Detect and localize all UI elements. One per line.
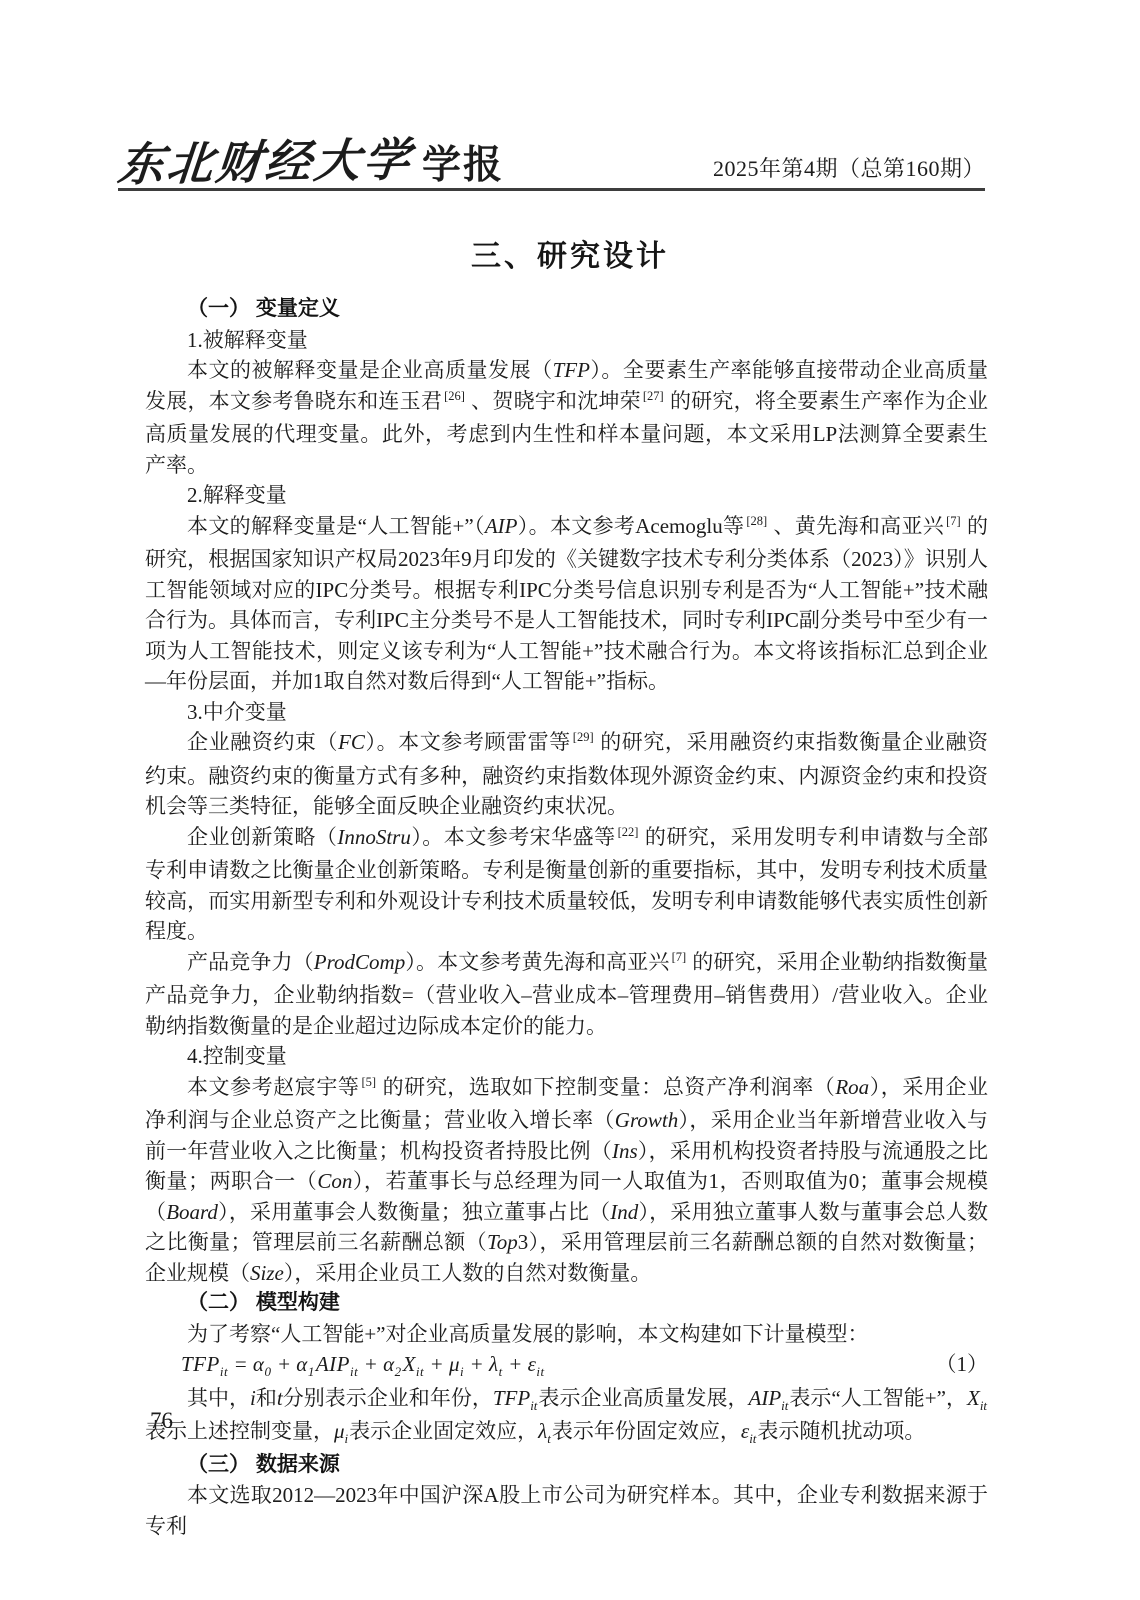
variable-name: Growth [615, 1108, 678, 1132]
section-title: 三、研究设计 [0, 231, 1140, 275]
subscript: it [536, 1364, 544, 1379]
paragraph: 本文的被解释变量是企业高质量发展（TFP）。全要素生产率能够直接带动企业高质量发… [145, 355, 988, 480]
variable-name: λ [538, 1419, 547, 1443]
paragraph: 本文选取2012—2023年中国沪深A股上市公司为研究样本。其中，企业专利数据来… [145, 1480, 988, 1541]
paragraph: 企业创新策略（InnoStru）。本文参考宋华盛等[22]的研究，采用发明专利申… [145, 822, 988, 947]
page-header: 东北财经大学 学报 2025年第4期（总第160期） [118, 130, 985, 186]
subscript: it [350, 1364, 358, 1379]
journal-logo: 东北财经大学 学报 [118, 140, 504, 186]
variable-name: TFP [181, 1352, 220, 1376]
text-run: 1.被解释变量 [187, 328, 308, 352]
sub-heading: 3.中介变量 [145, 697, 988, 728]
sub-heading: 2.解释变量 [145, 480, 988, 511]
subscript: it [220, 1364, 228, 1379]
text-run: 的研究，选取如下控制变量：总资产净利润率（ [382, 1075, 835, 1099]
text-run: 分别表示企业和年份， [283, 1386, 493, 1410]
text-run: 其中， [187, 1386, 250, 1410]
text-run: 表示随机扰动项。 [757, 1419, 925, 1443]
variable-name: Top [487, 1230, 518, 1254]
variable-name: TFP [553, 358, 590, 382]
variable-name: Roa [835, 1075, 869, 1099]
variable-name: α [296, 1352, 308, 1376]
issue-info: 2025年第4期（总第160期） [713, 152, 985, 186]
text-run: 的研究，根据国家知识产权局2023年9月印发的《关键数字技术专利分类体系（202… [145, 514, 988, 694]
subscript: 1 [308, 1364, 315, 1379]
text-run: 企业创新策略（ [187, 825, 337, 849]
subscript: t [547, 1431, 551, 1446]
text-run: + [359, 1352, 383, 1376]
article-body: （一） 变量定义1.被解释变量本文的被解释变量是企业高质量发展（TFP）。全要素… [145, 294, 988, 1541]
variable-name: μ [334, 1419, 345, 1443]
text-run: 表示上述控制变量， [145, 1419, 334, 1443]
citation-ref: [26] [444, 389, 465, 403]
journal-logo-calligraphy: 东北财经大学 [116, 137, 415, 188]
text-run: 表示“人工智能+”， [789, 1386, 967, 1410]
header-divider [118, 188, 985, 191]
subscript: i [345, 1431, 349, 1446]
text-run: 产品竞争力（ [187, 950, 314, 974]
text-run: = [229, 1352, 253, 1376]
subscript: it [749, 1431, 756, 1446]
subscript: i [460, 1364, 464, 1379]
variable-name: TFP [493, 1386, 530, 1410]
subscript: 2 [395, 1364, 402, 1379]
citation-ref: [27] [643, 389, 664, 403]
text-run: 为了考察“人工智能+”对企业高质量发展的影响，本文构建如下计量模型： [187, 1322, 868, 1346]
page-number: 76 [150, 1408, 173, 1434]
citation-ref: [22] [618, 825, 639, 839]
variable-name: α [253, 1352, 265, 1376]
variable-name: Board [166, 1200, 218, 1224]
text-run: ）。本文参考黄先海和高亚兴 [405, 950, 669, 974]
text-run: 本文的被解释变量是企业高质量发展（ [187, 358, 553, 382]
text-run: （二） 模型构建 [187, 1291, 340, 1314]
text-run: 表示企业固定效应， [349, 1419, 538, 1443]
section-heading: （三） 数据来源 [145, 1450, 988, 1481]
paragraph: 本文的解释变量是“人工智能+”（AIP）。本文参考Acemoglu等[28]、黄… [145, 511, 988, 697]
variable-name: AIP [749, 1386, 782, 1410]
text-run: （三） 数据来源 [187, 1453, 340, 1476]
citation-ref: [28] [746, 514, 767, 528]
subscript: it [416, 1364, 424, 1379]
subscript: t [499, 1364, 503, 1379]
subscript: it [530, 1398, 537, 1413]
subscript: it [781, 1398, 788, 1413]
text-run: 、黄先海和高亚兴 [773, 514, 944, 538]
paragraph: 为了考察“人工智能+”对企业高质量发展的影响，本文构建如下计量模型： [145, 1319, 988, 1350]
variable-name: λ [489, 1352, 499, 1376]
text-run: + [272, 1352, 296, 1376]
text-run: 和 [256, 1386, 277, 1410]
journal-page: 东北财经大学 学报 2025年第4期（总第160期） 三、研究设计 （一） 变量… [0, 0, 1140, 1600]
text-run: （一） 变量定义 [187, 297, 340, 320]
variable-name: Size [250, 1261, 284, 1285]
text-run: 3.中介变量 [187, 700, 287, 724]
citation-ref: [5] [361, 1075, 376, 1089]
text-run: ），采用董事会人数衡量；独立董事占比（ [218, 1200, 610, 1224]
text-run: 4.控制变量 [187, 1044, 287, 1068]
text-run: 、贺晓宇和沈坤荣 [471, 389, 641, 413]
sub-heading: 1.被解释变量 [145, 325, 988, 356]
paragraph: 企业融资约束（FC）。本文参考顾雷雷等[29]的研究，采用融资约束指数衡量企业融… [145, 727, 988, 822]
variable-name: μ [449, 1352, 460, 1376]
variable-name: ProdComp [314, 950, 405, 974]
text-run: 本文选取2012—2023年中国沪深A股上市公司为研究样本。其中，企业专利数据来… [145, 1483, 988, 1538]
text-run: ）。本文参考Acemoglu等 [517, 514, 744, 538]
formula-body: TFPit = α0 + α1AIPit + α2Xit + μi + λt +… [181, 1349, 546, 1383]
variable-name: X [967, 1386, 980, 1410]
variable-name: X [403, 1352, 416, 1376]
variable-name: FC [338, 730, 365, 754]
text-run: 本文参考赵宸宇等 [187, 1075, 359, 1099]
paragraph: 产品竞争力（ProdComp）。本文参考黄先海和高亚兴[7]的研究，采用企业勒纳… [145, 947, 988, 1042]
variable-name: α [383, 1352, 395, 1376]
citation-ref: [29] [573, 730, 594, 744]
equation-number: （1） [936, 1349, 989, 1380]
variable-name: Ins [612, 1139, 638, 1163]
text-run: ）。本文参考宋华盛等 [411, 825, 616, 849]
paragraph: 本文参考赵宸宇等[5]的研究，选取如下控制变量：总资产净利润率（Roa），采用企… [145, 1072, 988, 1289]
variable-name: InnoStru [337, 825, 411, 849]
journal-logo-suffix: 学报 [422, 146, 504, 185]
section-heading: （一） 变量定义 [145, 294, 988, 325]
text-run: ）。本文参考顾雷雷等 [365, 730, 571, 754]
variable-name: AIP [316, 1352, 350, 1376]
citation-ref: [7] [946, 514, 961, 528]
text-run: + [425, 1352, 449, 1376]
sub-heading: 4.控制变量 [145, 1041, 988, 1072]
text-run: + [465, 1352, 489, 1376]
text-run: 本文的解释变量是“人工智能+”（ [187, 514, 485, 538]
variable-name: Ind [610, 1200, 638, 1224]
citation-ref: [7] [672, 950, 687, 964]
text-run: 表示企业高质量发展， [538, 1386, 748, 1410]
subscript: it [980, 1398, 987, 1413]
text-run: + [504, 1352, 528, 1376]
text-run: 2.解释变量 [187, 483, 287, 507]
variable-name: Con [317, 1169, 352, 1193]
variable-name: ε [741, 1419, 749, 1443]
subscript: 0 [264, 1364, 271, 1379]
text-run: 企业融资约束（ [187, 730, 338, 754]
formula: TFPit = α0 + α1AIPit + α2Xit + μi + λt +… [145, 1349, 988, 1383]
section-heading: （二） 模型构建 [145, 1288, 988, 1319]
text-run: ），采用企业员工人数的自然对数衡量。 [284, 1261, 652, 1285]
variable-name: AIP [485, 514, 518, 538]
text-run: 表示年份固定效应， [552, 1419, 741, 1443]
paragraph: 其中，i和t分别表示企业和年份，TFPit表示企业高质量发展，AIPit表示“人… [145, 1383, 988, 1450]
